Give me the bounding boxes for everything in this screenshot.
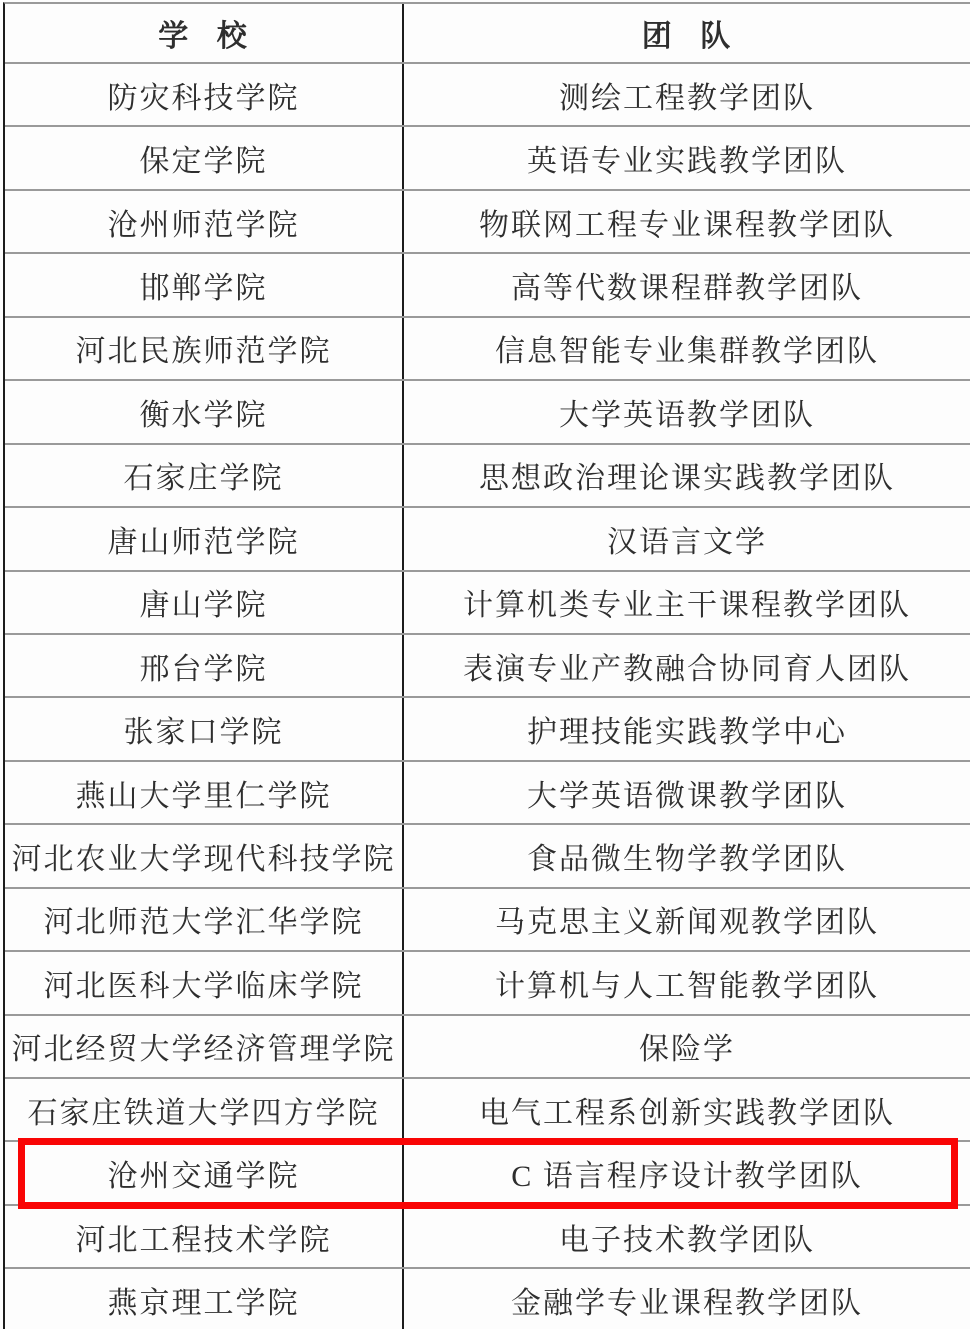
school-cell: 沧州师范学院	[5, 191, 404, 252]
team-cell: 食品微生物学教学团队	[404, 825, 970, 886]
table-row: 燕山大学里仁学院 大学英语微课教学团队	[5, 762, 970, 825]
table-body: 防灾科技学院 测绘工程教学团队 保定学院 英语专业实践教学团队 沧州师范学院 物…	[5, 64, 970, 1329]
table-row: 石家庄铁道大学四方学院 电气工程系创新实践教学团队	[5, 1079, 970, 1142]
team-cell: 计算机类专业主干课程教学团队	[404, 572, 970, 633]
school-cell: 石家庄铁道大学四方学院	[5, 1079, 404, 1140]
school-cell: 河北工程技术学院	[5, 1206, 404, 1267]
school-cell: 张家口学院	[5, 698, 404, 759]
team-cell: C 语言程序设计教学团队	[404, 1142, 970, 1203]
header-school: 学 校	[5, 4, 404, 62]
table-row: 邯郸学院 高等代数课程群教学团队	[5, 254, 970, 317]
table-row: 河北师范大学汇华学院 马克思主义新闻观教学团队	[5, 889, 970, 952]
team-cell: 大学英语微课教学团队	[404, 762, 970, 823]
school-cell: 河北医科大学临床学院	[5, 952, 404, 1013]
school-cell: 燕京理工学院	[5, 1269, 404, 1329]
team-cell: 电子技术教学团队	[404, 1206, 970, 1267]
team-cell: 信息智能专业集群教学团队	[404, 318, 970, 379]
teams-table: 学 校 团 队 防灾科技学院 测绘工程教学团队 保定学院 英语专业实践教学团队 …	[3, 2, 970, 1329]
table-row: 河北经贸大学经济管理学院 保险学	[5, 1016, 970, 1079]
team-cell: 思想政治理论课实践教学团队	[404, 445, 970, 506]
team-cell: 表演专业产教融合协同育人团队	[404, 635, 970, 696]
team-cell: 护理技能实践教学中心	[404, 698, 970, 759]
header-team: 团 队	[404, 4, 970, 62]
team-cell: 物联网工程专业课程教学团队	[404, 191, 970, 252]
school-cell: 燕山大学里仁学院	[5, 762, 404, 823]
team-cell: 金融学专业课程教学团队	[404, 1269, 970, 1329]
document-page: 学 校 团 队 防灾科技学院 测绘工程教学团队 保定学院 英语专业实践教学团队 …	[0, 0, 970, 1329]
table-row: 邢台学院 表演专业产教融合协同育人团队	[5, 635, 970, 698]
table-row: 唐山学院 计算机类专业主干课程教学团队	[5, 572, 970, 635]
school-cell: 唐山师范学院	[5, 508, 404, 569]
school-cell: 保定学院	[5, 127, 404, 188]
school-cell: 邢台学院	[5, 635, 404, 696]
table-row: 保定学院 英语专业实践教学团队	[5, 127, 970, 190]
table-row: 燕京理工学院 金融学专业课程教学团队	[5, 1269, 970, 1329]
table-row: 河北民族师范学院 信息智能专业集群教学团队	[5, 318, 970, 381]
table-row: 沧州交通学院 C 语言程序设计教学团队	[5, 1142, 970, 1205]
table-row: 张家口学院 护理技能实践教学中心	[5, 698, 970, 761]
school-cell: 石家庄学院	[5, 445, 404, 506]
team-cell: 高等代数课程群教学团队	[404, 254, 970, 315]
school-cell: 河北师范大学汇华学院	[5, 889, 404, 950]
table-row: 唐山师范学院 汉语言文学	[5, 508, 970, 571]
table-row: 沧州师范学院 物联网工程专业课程教学团队	[5, 191, 970, 254]
team-cell: 大学英语教学团队	[404, 381, 970, 442]
school-cell: 邯郸学院	[5, 254, 404, 315]
table-header-row: 学 校 团 队	[5, 4, 970, 64]
table-row: 石家庄学院 思想政治理论课实践教学团队	[5, 445, 970, 508]
school-cell: 河北农业大学现代科技学院	[5, 825, 404, 886]
team-cell: 测绘工程教学团队	[404, 64, 970, 125]
team-cell: 保险学	[404, 1016, 970, 1077]
school-cell: 衡水学院	[5, 381, 404, 442]
table-row: 河北医科大学临床学院 计算机与人工智能教学团队	[5, 952, 970, 1015]
team-cell: 汉语言文学	[404, 508, 970, 569]
team-cell: 电气工程系创新实践教学团队	[404, 1079, 970, 1140]
school-cell: 唐山学院	[5, 572, 404, 633]
school-cell: 河北经贸大学经济管理学院	[5, 1016, 404, 1077]
table-row: 衡水学院 大学英语教学团队	[5, 381, 970, 444]
team-cell: 计算机与人工智能教学团队	[404, 952, 970, 1013]
school-cell: 沧州交通学院	[5, 1142, 404, 1203]
school-cell: 防灾科技学院	[5, 64, 404, 125]
table-row: 河北工程技术学院 电子技术教学团队	[5, 1206, 970, 1269]
table-row: 防灾科技学院 测绘工程教学团队	[5, 64, 970, 127]
team-cell: 马克思主义新闻观教学团队	[404, 889, 970, 950]
school-cell: 河北民族师范学院	[5, 318, 404, 379]
team-cell: 英语专业实践教学团队	[404, 127, 970, 188]
table-row: 河北农业大学现代科技学院 食品微生物学教学团队	[5, 825, 970, 888]
